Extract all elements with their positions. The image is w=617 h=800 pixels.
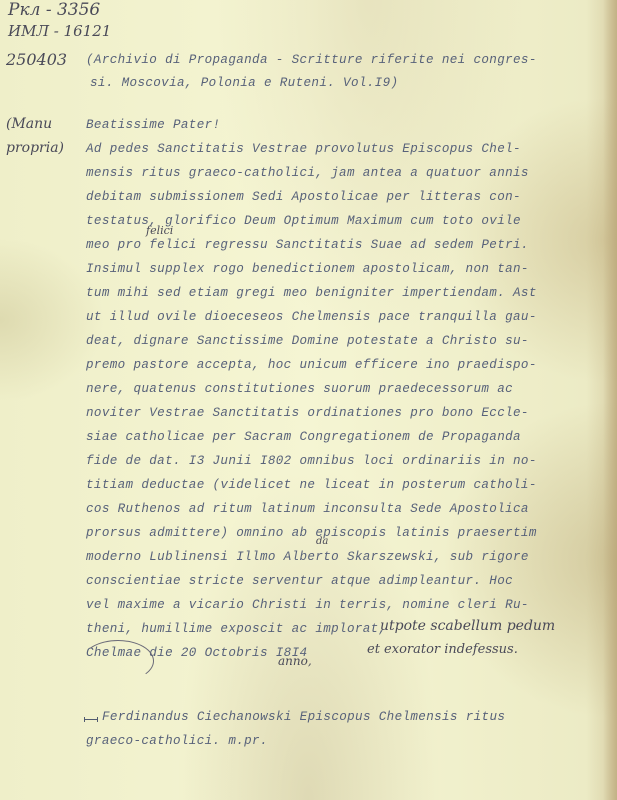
letter-line: mensis ritus graeco-catholici, jam antea… — [86, 166, 529, 180]
archive-mark-1: Ркл - 3356 — [8, 0, 100, 20]
letter-line: prorsus admittere) omnino ab episcopis l… — [86, 526, 537, 540]
handwritten-anno: anno, — [278, 654, 312, 668]
header-line-2: si. Moscovia, Polonia e Ruteni. Vol.I9) — [90, 76, 398, 90]
letter-line: nere, quatenus constitutiones suorum pra… — [86, 382, 513, 396]
letter-line: noviter Vestrae Sanctitatis ordinationes… — [86, 406, 529, 420]
letter-line: moderno Lublinensi Illmo Alberto Skarsze… — [86, 550, 529, 564]
handwritten-da: da — [316, 536, 328, 547]
margin-note-line-2: propria) — [6, 140, 64, 156]
header-line-1: (Archivio di Propaganda - Scritture rife… — [86, 53, 537, 67]
letter-line: Insimul supplex rogo benedictionem apost… — [86, 262, 529, 276]
letter-line: vel maxime a vicario Christi in terris, … — [86, 598, 529, 612]
signature-line-2: graeco-catholici. m.pr. — [86, 734, 268, 748]
letter-line: debitam submissionem Sedi Apostolicae pe… — [86, 190, 521, 204]
handwritten-utpote: utpote scabellum pedum — [380, 618, 555, 634]
archive-mark-2: ИМЛ - 16121 — [8, 22, 111, 40]
handwritten-exorator: et exorator indefessus. — [367, 642, 518, 657]
signature-line-1: Ferdinandus Ciechanowski Episcopus Chelm… — [102, 710, 505, 724]
archive-mark-3: 250403 — [6, 50, 67, 69]
arrow-mark-icon — [84, 719, 98, 720]
letter-line: cos Ruthenos ad ritum latinum inconsulta… — [86, 502, 529, 516]
margin-note-line-1: (Manu — [6, 116, 52, 132]
letter-line: titiam deductae (videlicet ne liceat in … — [86, 478, 537, 492]
letter-line: ut illud ovile dioeceseos Chelmensis pac… — [86, 310, 537, 324]
handwritten-felici: felici — [146, 224, 173, 237]
page-edge-stain — [603, 0, 617, 800]
handwritten-circle-mark — [82, 640, 154, 682]
letter-line: deat, dignare Sanctissime Domine potesta… — [86, 334, 529, 348]
letter-line: theni, humillime exposcit ac implorat, — [86, 622, 386, 636]
letter-line: meo pro felici regressu Sanctitatis Suae… — [86, 238, 529, 252]
letter-line: tum mihi sed etiam gregi meo benigniter … — [86, 286, 537, 300]
letter-line: conscientiae stricte serventur atque adi… — [86, 574, 513, 588]
letter-line: siae catholicae per Sacram Congregatione… — [86, 430, 521, 444]
letter-line: premo pastore accepta, hoc unicum effice… — [86, 358, 537, 372]
letter-line: Ad pedes Sanctitatis Vestrae provolutus … — [86, 142, 521, 156]
letter-line: fide de dat. I3 Junii I802 omnibus loci … — [86, 454, 537, 468]
salutation: Beatissime Pater! — [86, 118, 220, 132]
